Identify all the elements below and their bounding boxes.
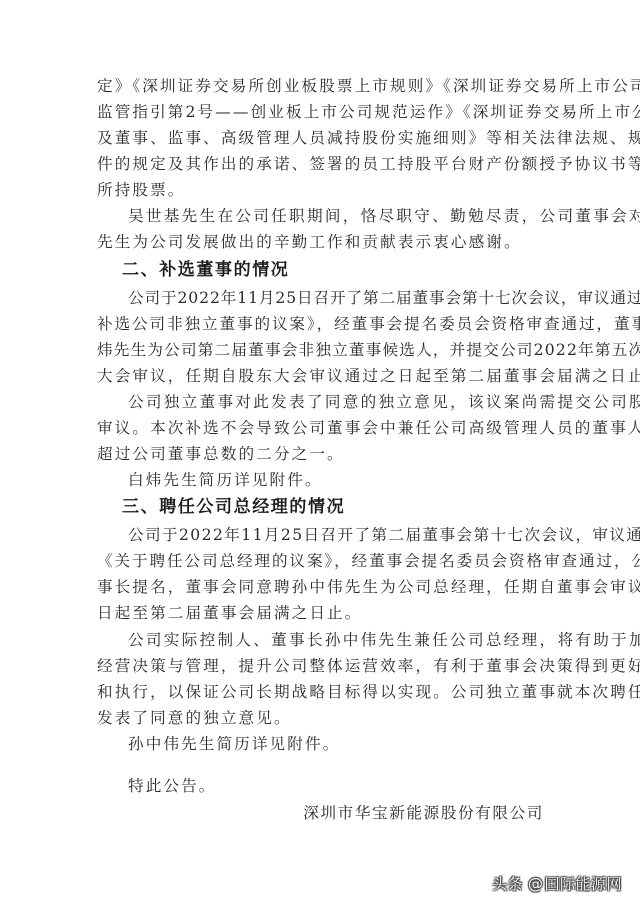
watermark-account: 国际能源网 bbox=[545, 875, 623, 893]
text-line: 孙中伟先生简历详见附件。 bbox=[128, 734, 578, 754]
text-line: 大会审议，任期自股东大会审议通过之日起至第二届董事会届满之日止。 bbox=[97, 366, 547, 386]
text-line: 定》《深圳证券交易所创业板股票上市规则》《深圳证券交易所上市公司自律 bbox=[97, 76, 547, 96]
text-line: 公司于2022年11月25日召开了第二届董事会第十七次会议，审议通过了《关于 bbox=[128, 288, 578, 308]
text-line: 事长提名，董事会同意聘孙中伟先生为公司总经理，任期自董事会审议通过之 bbox=[97, 577, 547, 597]
text-line: 补选公司非独立董事的议案》，经董事会提名委员会资格审查通过，董事会提名白 bbox=[97, 314, 547, 334]
company-signature: 深圳市华宝新能源股份有限公司 bbox=[303, 803, 544, 823]
section-heading: 二、补选董事的情况 bbox=[122, 259, 289, 281]
section-heading: 三、聘任公司总经理的情况 bbox=[122, 496, 345, 518]
text-line: 白炜先生简历详见附件。 bbox=[128, 470, 578, 490]
source-watermark: 头条@国际能源网 bbox=[492, 873, 622, 894]
text-line: 炜先生为公司第二届董事会非独立董事候选人，并提交公司2022年第五次临时股东 bbox=[97, 340, 547, 360]
text-line: 和执行，以保证公司长期战略目标得以实现。公司独立董事就本次聘任总经理 bbox=[97, 682, 547, 702]
text-line: 件的规定及其作出的承诺、签署的员工持股平台财产份额授予协议书等管理其 bbox=[97, 154, 547, 174]
text-line: 公司于2022年11月25日召开了第二届董事会第十七次会议，审议通过了 bbox=[128, 525, 578, 545]
text-line: 审议。本次补选不会导致公司董事会中兼任公司高级管理人员的董事人数总计 bbox=[97, 418, 547, 438]
document-page: 定》《深圳证券交易所创业板股票上市规则》《深圳证券交易所上市公司自律 监管指引第… bbox=[0, 0, 640, 905]
text-line: 经营决策与管理，提升公司整体运营效率，有利于董事会决策得到更好的贯彻 bbox=[97, 656, 547, 676]
text-line: 公司独立董事对此发表了同意的独立意见，该议案尚需提交公司股东大会 bbox=[128, 392, 578, 412]
text-line: 吴世基先生在公司任职期间，恪尽职守、勤勉尽责，公司董事会对吴世基 bbox=[128, 206, 578, 226]
text-line: 发表了同意的独立意见。 bbox=[97, 708, 547, 728]
text-line: 先生为公司发展做出的辛勤工作和贡献表示衷心感谢。 bbox=[97, 232, 547, 252]
text-line: 日起至第二届董事会届满之日止。 bbox=[97, 603, 547, 623]
text-line: 公司实际控制人、董事长孙中伟先生兼任公司总经理，将有助于加强公司 bbox=[128, 630, 578, 650]
watermark-platform: 头条 bbox=[492, 875, 523, 893]
closing-text: 特此公告。 bbox=[128, 776, 578, 796]
text-line: 及董事、监事、高级管理人员减持股份实施细则》等相关法律法规、规范性文 bbox=[97, 128, 547, 148]
text-line: 监管指引第2号——创业板上市公司规范运作》《深圳证券交易所上市公司股东 bbox=[97, 102, 547, 122]
text-line: 超过公司董事总数的二分之一。 bbox=[97, 444, 547, 464]
text-line: 《关于聘任公司总经理的议案》，经董事会提名委员会资格审查通过，公司董 bbox=[97, 551, 547, 571]
at-icon: @ bbox=[528, 875, 544, 893]
text-line: 所持股票。 bbox=[97, 180, 547, 200]
